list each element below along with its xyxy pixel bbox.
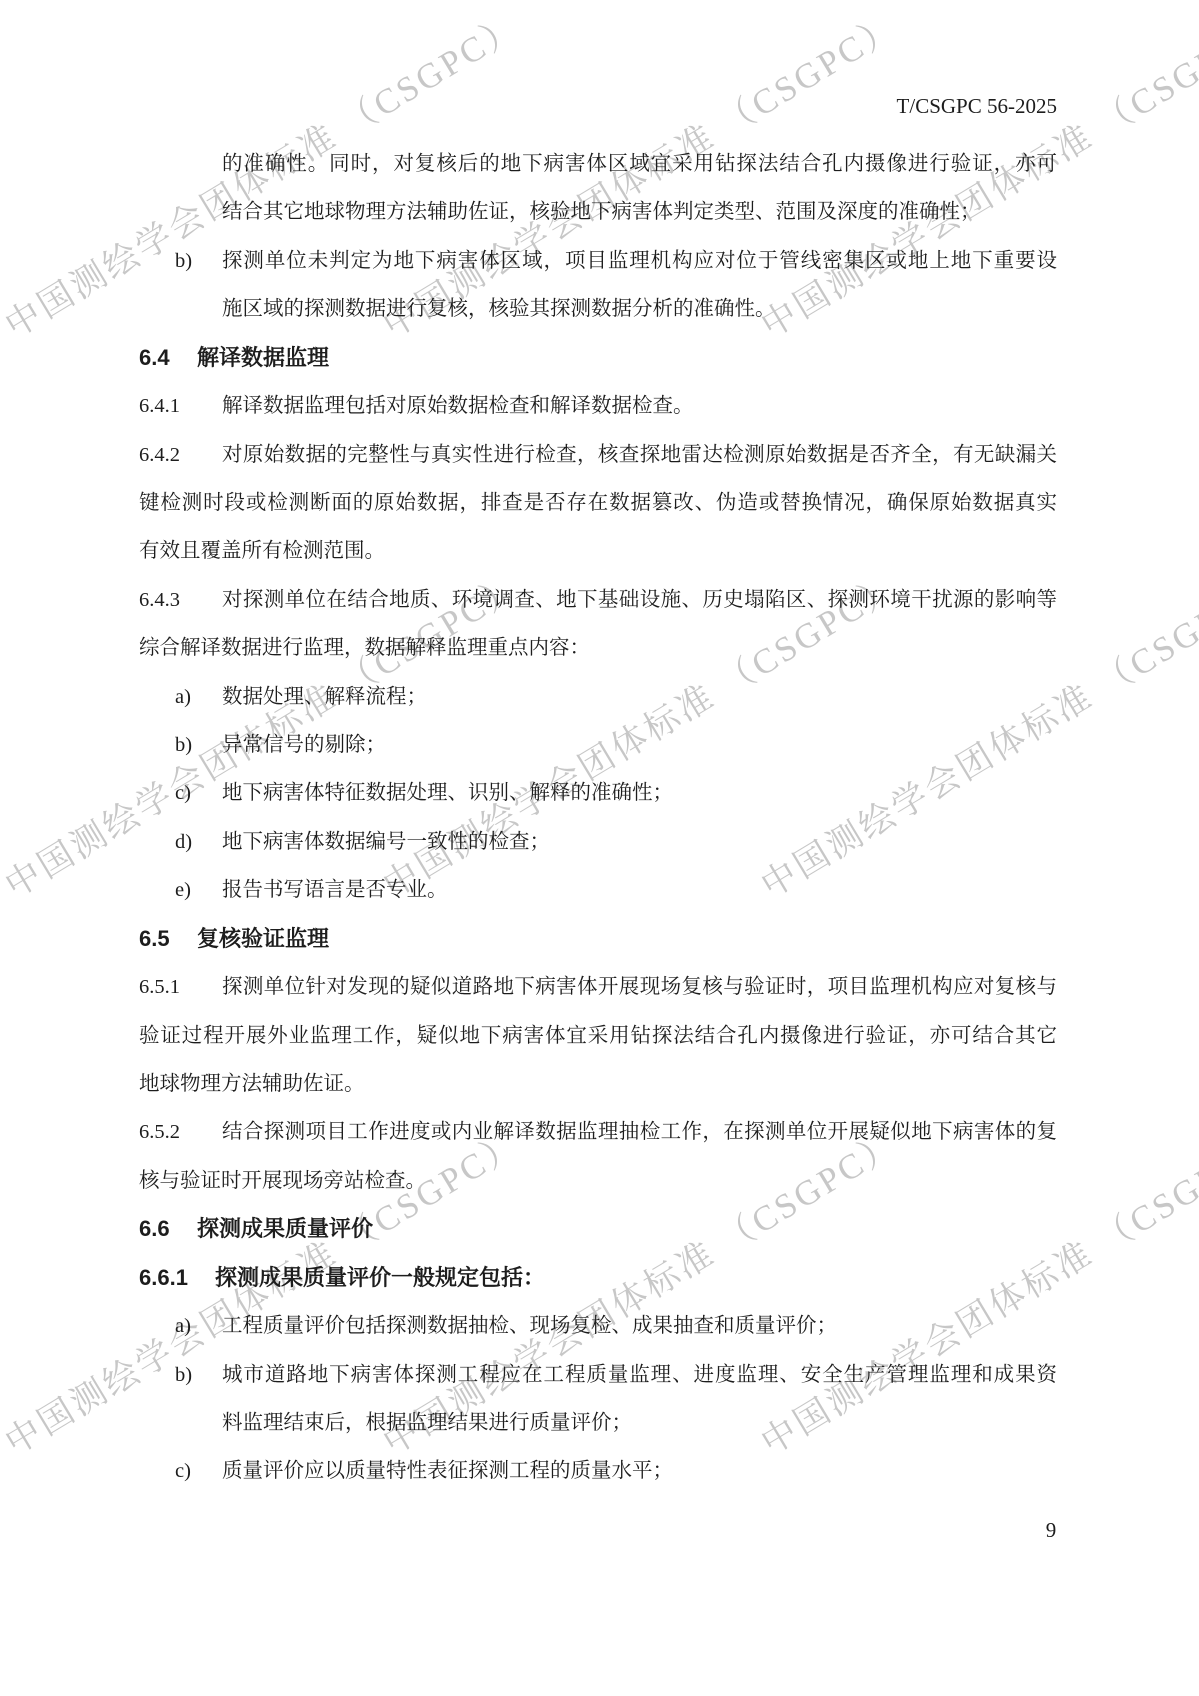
text-line: 6.4解译数据监理	[139, 334, 1057, 382]
page-number: 9	[1038, 1506, 1064, 1554]
text-line: 的准确性。同时，对复核后的地下病害体区域宜采用钻探法结合孔内摄像进行验证，亦可	[139, 140, 1057, 188]
line-text: 复核验证监理	[197, 915, 1057, 963]
text-line: 验证过程开展外业监理工作，疑似地下病害体宜采用钻探法结合孔内摄像进行验证，亦可结…	[139, 1012, 1057, 1060]
text-line: d)地下病害体数据编号一致性的检查；	[139, 818, 1057, 866]
list-marker: d)	[175, 818, 192, 866]
line-text: 异常信号的剔除；	[222, 721, 1057, 769]
text-line: 核与验证时开展现场旁站检查。	[139, 1157, 1057, 1205]
line-text: 综合解译数据进行监理，数据解释监理重点内容：	[139, 624, 1057, 672]
line-text: 有效且覆盖所有检测范围。	[139, 527, 1057, 575]
line-text: 探测单位针对发现的疑似道路地下病害体开展现场复核与验证时，项目监理机构应对复核与	[222, 963, 1057, 1011]
text-line: b)城市道路地下病害体探测工程应在工程质量监理、进度监理、安全生产管理监理和成果…	[139, 1351, 1057, 1399]
line-text: 结合探测项目工作进度或内业解译数据监理抽检工作，在探测单位开展疑似地下病害体的复	[222, 1108, 1057, 1156]
line-text: 数据处理、解释流程；	[222, 673, 1057, 721]
line-text: 城市道路地下病害体探测工程应在工程质量监理、进度监理、安全生产管理监理和成果资	[222, 1351, 1057, 1399]
text-line: 施区域的探测数据进行复核，核验其探测数据分析的准确性。	[139, 285, 1057, 333]
line-text: 的准确性。同时，对复核后的地下病害体区域宜采用钻探法结合孔内摄像进行验证，亦可	[222, 140, 1057, 188]
text-line: 键检测时段或检测断面的原始数据，排查是否存在数据篡改、伪造或替换情况，确保原始数…	[139, 479, 1057, 527]
text-line: 6.4.3对探测单位在结合地质、环境调查、地下基础设施、历史塌陷区、探测环境干扰…	[139, 576, 1057, 624]
line-text: 探测单位未判定为地下病害体区域，项目监理机构应对位于管线密集区或地上地下重要设	[222, 237, 1057, 285]
text-line: 综合解译数据进行监理，数据解释监理重点内容：	[139, 624, 1057, 672]
line-text: 探测成果质量评价	[197, 1205, 1057, 1253]
text-line: 6.5复核验证监理	[139, 915, 1057, 963]
line-text: 施区域的探测数据进行复核，核验其探测数据分析的准确性。	[222, 285, 1057, 333]
list-marker: a)	[175, 1302, 191, 1350]
clause-number: 6.6.1	[139, 1254, 188, 1302]
clause-number: 6.5	[139, 915, 170, 963]
text-line: c)地下病害体特征数据处理、识别、解释的准确性；	[139, 769, 1057, 817]
clause-number: 6.5.2	[139, 1108, 180, 1156]
line-text: 解译数据监理包括对原始数据检查和解译数据检查。	[222, 382, 1057, 430]
clause-number: 6.4.1	[139, 382, 180, 430]
text-line: 地球物理方法辅助佐证。	[139, 1060, 1057, 1108]
text-line: e)报告书写语言是否专业。	[139, 866, 1057, 914]
line-text: 验证过程开展外业监理工作，疑似地下病害体宜采用钻探法结合孔内摄像进行验证，亦可结…	[139, 1012, 1057, 1060]
line-text: 地下病害体数据编号一致性的检查；	[222, 818, 1057, 866]
list-marker: b)	[175, 721, 192, 769]
clause-number: 6.5.1	[139, 963, 180, 1011]
line-text: 结合其它地球物理方法辅助佐证，核验地下病害体判定类型、范围及深度的准确性；	[222, 188, 1057, 236]
line-text: 键检测时段或检测断面的原始数据，排查是否存在数据篡改、伪造或替换情况，确保原始数…	[139, 479, 1057, 527]
clause-number: 6.4.2	[139, 431, 180, 479]
text-line: 料监理结束后，根据监理结果进行质量评价；	[139, 1399, 1057, 1447]
text-line: b)异常信号的剔除；	[139, 721, 1057, 769]
list-marker: b)	[175, 1351, 192, 1399]
page-header: T/CSGPC 56-2025	[897, 92, 1057, 120]
line-text: 质量评价应以质量特性表征探测工程的质量水平；	[222, 1447, 1057, 1495]
clause-number: 6.4.3	[139, 576, 180, 624]
list-marker: c)	[175, 1447, 191, 1495]
line-text: 探测成果质量评价一般规定包括：	[215, 1254, 1057, 1302]
text-line: 有效且覆盖所有检测范围。	[139, 527, 1057, 575]
line-text: 料监理结束后，根据监理结果进行质量评价；	[222, 1399, 1057, 1447]
line-text: 报告书写语言是否专业。	[222, 866, 1057, 914]
text-line: 6.5.1探测单位针对发现的疑似道路地下病害体开展现场复核与验证时，项目监理机构…	[139, 963, 1057, 1011]
text-line: 6.6.1探测成果质量评价一般规定包括：	[139, 1254, 1057, 1302]
list-marker: e)	[175, 866, 191, 914]
text-line: 结合其它地球物理方法辅助佐证，核验地下病害体判定类型、范围及深度的准确性；	[139, 188, 1057, 236]
line-text: 地球物理方法辅助佐证。	[139, 1060, 1057, 1108]
document-page: 中国测绘学会团体标准 （CSGPC）中国测绘学会团体标准 （CSGPC）中国测绘…	[0, 0, 1199, 1696]
text-line: 6.6探测成果质量评价	[139, 1205, 1057, 1253]
list-marker: a)	[175, 673, 191, 721]
clause-number: 6.6	[139, 1205, 170, 1253]
text-line: c)质量评价应以质量特性表征探测工程的质量水平；	[139, 1447, 1057, 1495]
line-text: 地下病害体特征数据处理、识别、解释的准确性；	[222, 769, 1057, 817]
text-line: 6.4.1解译数据监理包括对原始数据检查和解译数据检查。	[139, 382, 1057, 430]
text-line: b)探测单位未判定为地下病害体区域，项目监理机构应对位于管线密集区或地上地下重要…	[139, 237, 1057, 285]
text-line: 6.5.2结合探测项目工作进度或内业解译数据监理抽检工作，在探测单位开展疑似地下…	[139, 1108, 1057, 1156]
list-marker: c)	[175, 769, 191, 817]
text-line: a)工程质量评价包括探测数据抽检、现场复检、成果抽查和质量评价；	[139, 1302, 1057, 1350]
clause-number: 6.4	[139, 334, 170, 382]
line-text: 核与验证时开展现场旁站检查。	[139, 1157, 1057, 1205]
text-layer: T/CSGPC 56-2025 的准确性。同时，对复核后的地下病害体区域宜采用钻…	[0, 0, 1199, 1696]
list-marker: b)	[175, 237, 192, 285]
line-text: 工程质量评价包括探测数据抽检、现场复检、成果抽查和质量评价；	[222, 1302, 1057, 1350]
line-text: 对原始数据的完整性与真实性进行检查，核查探地雷达检测原始数据是否齐全，有无缺漏关	[222, 431, 1057, 479]
text-line: a)数据处理、解释流程；	[139, 673, 1057, 721]
text-line: 6.4.2对原始数据的完整性与真实性进行检查，核查探地雷达检测原始数据是否齐全，…	[139, 431, 1057, 479]
line-text: 对探测单位在结合地质、环境调查、地下基础设施、历史塌陷区、探测环境干扰源的影响等	[222, 576, 1057, 624]
line-text: 解译数据监理	[197, 334, 1057, 382]
